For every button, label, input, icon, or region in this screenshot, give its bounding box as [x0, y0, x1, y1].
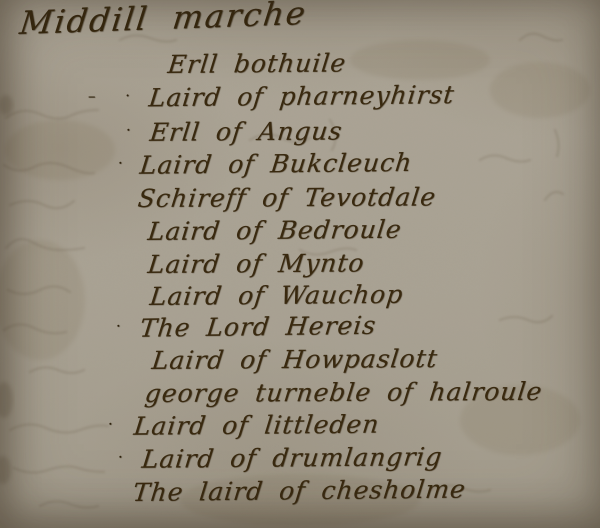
entry-text: Schireff of Tevotdale	[136, 182, 438, 213]
entry-marker: ·	[116, 317, 130, 335]
entry-marker: ·	[118, 448, 132, 466]
entry-marker: ·	[108, 415, 122, 433]
manuscript-entry: george turneble of halroule	[145, 377, 543, 408]
entry-text: Laird of Bukcleuch	[138, 148, 414, 180]
page-heading: Middill marche	[19, 0, 307, 42]
entry-text: Laird of Wauchop	[148, 280, 405, 311]
manuscript-entry: ·Laird of littleden	[108, 410, 379, 441]
manuscript-entry: ·Laird of drumlangrig	[118, 442, 442, 474]
manuscript-entry: ·The Lord Hereis	[116, 311, 376, 343]
entry-text: Laird of Mynto	[146, 248, 366, 279]
entry-text: Laird of Bedroule	[146, 215, 403, 246]
manuscript-entry: Laird of Howpaslott	[152, 344, 438, 375]
entry-marker: – ·	[88, 86, 139, 105]
entry-text: george turneble of halroule	[143, 377, 544, 408]
entry-text: The laird of chesholme	[131, 474, 467, 507]
entry-text: Erll of Angus	[148, 116, 344, 146]
entry-text: Laird of littleden	[132, 410, 381, 441]
entry-text: Laird of pharneyhirst	[147, 80, 456, 112]
manuscript-entry: Laird of Wauchop	[150, 280, 404, 311]
entry-marker: ·	[126, 121, 140, 139]
manuscript-entry: Erll bothuile	[168, 48, 346, 79]
entry-text: Erll bothuile	[166, 48, 348, 79]
manuscript-entry: ·Erll of Angus	[126, 116, 342, 147]
manuscript-page: Middill marche Erll bothuile – ·Laird of…	[0, 0, 600, 528]
manuscript-entry: ·Laird of Bukcleuch	[118, 148, 412, 180]
page-heading-text: Middill marche	[18, 0, 310, 42]
manuscript-entry: Laird of Bedroule	[148, 215, 402, 246]
manuscript-entry: The laird of chesholme	[133, 475, 466, 507]
entry-text: Laird of drumlangrig	[140, 442, 444, 474]
manuscript-entry: Schireff of Tevotdale	[138, 182, 436, 213]
manuscript-entry: Laird of Mynto	[148, 248, 365, 279]
entry-marker: ·	[118, 154, 132, 172]
entry-text: Laird of Howpaslott	[150, 344, 439, 375]
manuscript-entry: – ·Laird of pharneyhirst	[88, 80, 455, 113]
entry-text: The Lord Hereis	[138, 311, 377, 343]
